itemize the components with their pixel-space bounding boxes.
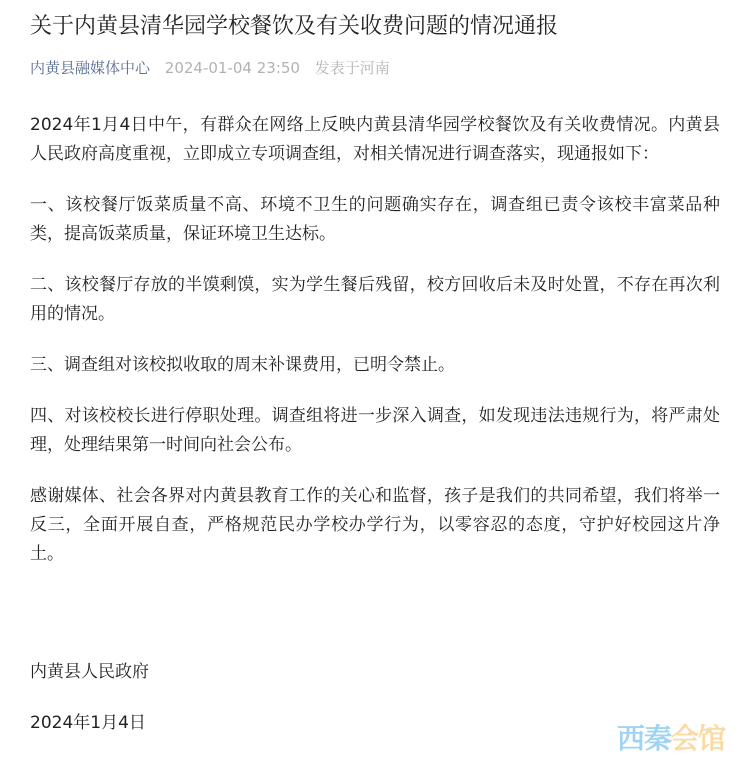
paragraph-item-3: 三、调查组对该校拟收取的周末补课费用，已明令禁止。 xyxy=(30,351,720,380)
paragraph-item-2: 二、该校餐厅存放的半馍剩馍，实为学生餐后残留，校方回收后未及时处置，不存在再次利… xyxy=(30,271,720,329)
author-link[interactable]: 内黄县融媒体中心 xyxy=(30,59,150,77)
article-title: 关于内黄县清华园学校餐饮及有关收费问题的情况通报 xyxy=(30,12,558,42)
watermark-logo: 西秦会馆 xyxy=(617,722,725,756)
signature: 内黄县人民政府 xyxy=(30,658,149,687)
watermark-part-2: 会馆 xyxy=(671,722,725,755)
article-body: 2024年1月4日中午，有群众在网络上反映内黄县清华园学校餐饮及有关收费情况。内… xyxy=(30,111,720,591)
signature-date: 2024年1月4日 xyxy=(30,709,146,738)
paragraph-item-4: 四、对该校校长进行停职处理。调查组将进一步深入调查，如发现违法违规行为，将严肃处… xyxy=(30,402,720,460)
paragraph-intro: 2024年1月4日中午，有群众在网络上反映内黄县清华园学校餐饮及有关收费情况。内… xyxy=(30,111,720,169)
watermark-part-1: 西秦 xyxy=(617,722,671,755)
publish-time: 2024-01-04 23:50 xyxy=(165,59,300,77)
paragraph-closing: 感谢媒体、社会各界对内黄县教育工作的关心和监督，孩子是我们的共同希望，我们将举一… xyxy=(30,482,720,569)
article-meta: 内黄县融媒体中心 2024-01-04 23:50 发表于河南 xyxy=(30,57,390,79)
paragraph-item-1: 一、该校餐厅饭菜质量不高、环境不卫生的问题确实存在，调查组已责令该校丰富菜品种类… xyxy=(30,191,720,249)
publish-location: 发表于河南 xyxy=(315,59,390,77)
